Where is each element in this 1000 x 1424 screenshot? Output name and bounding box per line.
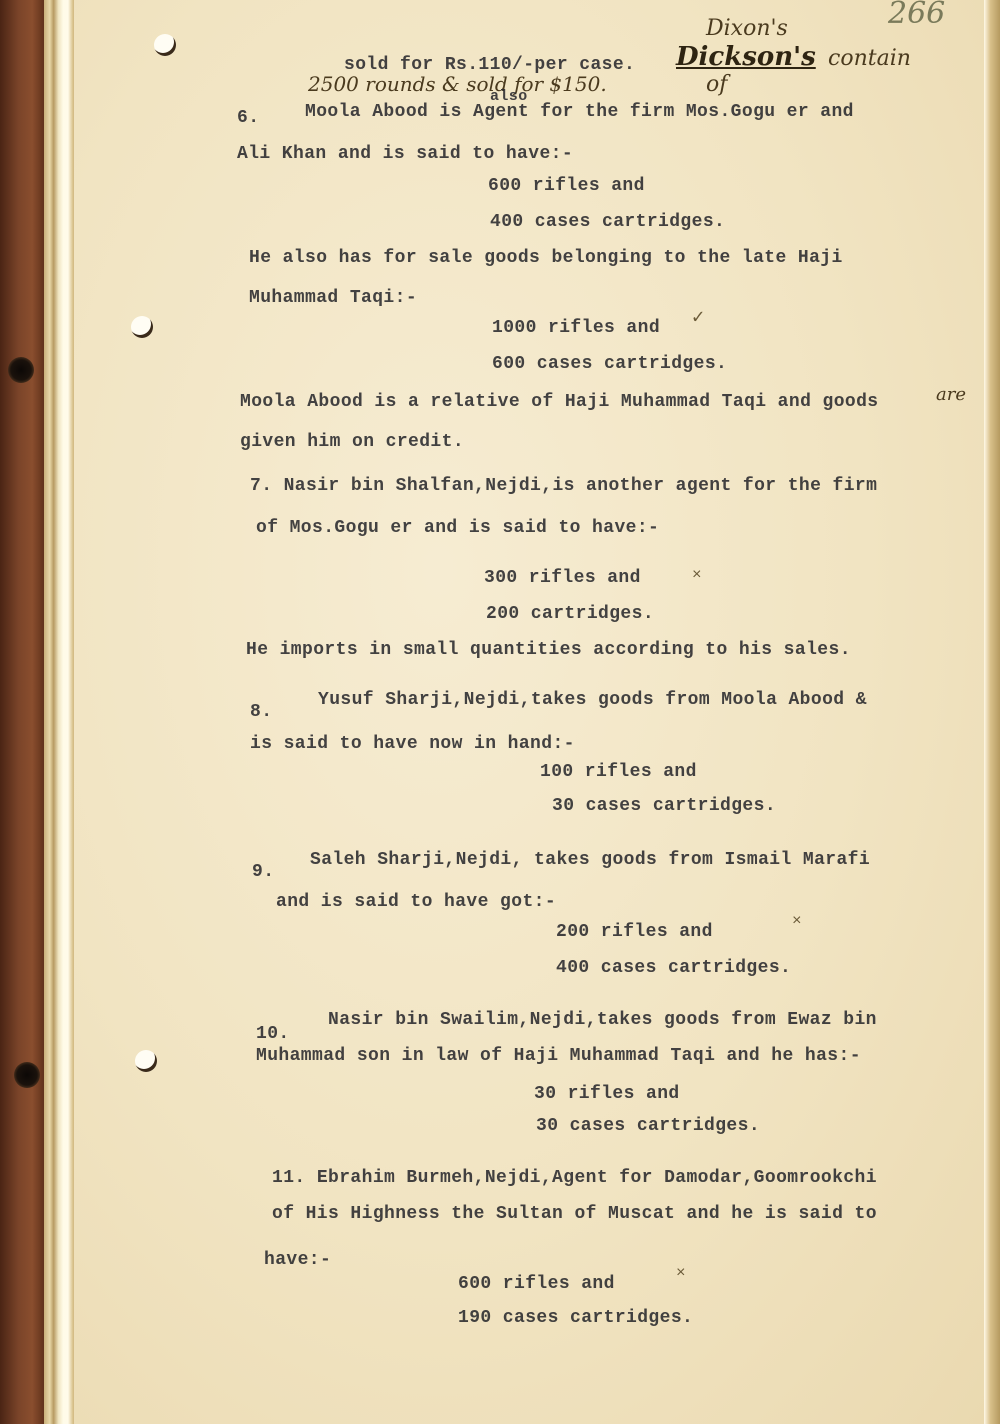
x-mark-icon: × — [792, 912, 802, 930]
entry-7-holding-2: 200 cartridges. — [486, 604, 654, 624]
entry-6-extra-line-2: Muhammad Taqi:- — [249, 288, 417, 308]
entry-6-extra-line-1: He also has for sale goods belonging to … — [249, 248, 843, 268]
entry-10-line-1: Nasir bin Swailim,Nejdi,takes goods from… — [328, 1010, 877, 1030]
entry-8-line-1: Yusuf Sharji,Nejdi,takes goods from Mool… — [318, 690, 867, 710]
entry-7-number: 7. — [250, 476, 272, 496]
entry-9-number: 9. — [252, 862, 274, 882]
entry-6-line-2: Ali Khan and is said to have:- — [237, 144, 573, 164]
entry-6-note-line-1: Moola Abood is a relative of Haji Muhamm… — [240, 392, 879, 412]
entry-9-holding-1: 200 rifles and — [556, 922, 713, 942]
entry-7-note: He imports in small quantities according… — [246, 640, 851, 660]
entry-11-holding-1: 600 rifles and — [458, 1274, 615, 1294]
entry-6-number: 6. — [237, 108, 259, 128]
entry-7-text: Nasir bin Shalfan,Nejdi,is another agent… — [284, 476, 878, 496]
entry-11-line-1: 11. Ebrahim Burmeh,Nejdi,Agent for Damod… — [272, 1168, 877, 1188]
handwritten-correction: Dixon's — [706, 16, 788, 41]
entry-11-line-2: of His Highness the Sultan of Muscat and… — [272, 1204, 877, 1224]
entry-10-number: 10. — [256, 1024, 290, 1044]
entry-11-line-3: have:- — [264, 1250, 331, 1270]
entry-8-number: 8. — [250, 702, 272, 722]
entry-6-holding-1: 600 rifles and — [488, 176, 645, 196]
entry-6-extra-holding-2: 600 cases cartridges. — [492, 354, 727, 374]
binder-spine — [0, 0, 46, 1424]
punch-hole-icon — [131, 316, 153, 338]
entry-10-line-2: Muhammad son in law of Haji Muhammad Taq… — [256, 1046, 861, 1066]
entry-6-line-1: Moola Abood is Agent for the firm Mos.Go… — [305, 102, 854, 122]
binder-rivet-icon — [8, 357, 34, 383]
entry-7-line-1: 7. Nasir bin Shalfan,Nejdi,is another ag… — [250, 476, 877, 496]
handwritten-line-2: 2500 rounds & sold for $150. — [308, 72, 607, 96]
entry-9-line-2: and is said to have got:- — [276, 892, 556, 912]
handwritten-are: are — [936, 384, 966, 405]
entry-7-line-2: of Mos.Gogu er and is said to have:- — [256, 518, 659, 538]
entry-9-holding-2: 400 cases cartridges. — [556, 958, 791, 978]
x-mark-icon: × — [676, 1264, 686, 1282]
entry-8-holding-1: 100 rifles and — [540, 762, 697, 782]
entry-11-text: Ebrahim Burmeh,Nejdi,Agent for Damodar,G… — [317, 1168, 877, 1188]
page-right-edge — [984, 0, 1000, 1424]
page-number-handwritten: 266 — [888, 0, 945, 31]
checkmark-icon: ✓ — [692, 304, 704, 330]
punch-hole-icon — [135, 1050, 157, 1072]
x-mark-icon: × — [692, 566, 702, 584]
entry-9-line-1: Saleh Sharji,Nejdi, takes goods from Ism… — [310, 850, 870, 870]
entry-6-note-line-2: given him on credit. — [240, 432, 464, 452]
entry-6-extra-holding-1: 1000 rifles and — [492, 318, 660, 338]
entry-11-number: 11. — [272, 1168, 306, 1188]
entry-8-line-2: is said to have now in hand:- — [250, 734, 575, 754]
entry-8-holding-2: 30 cases cartridges. — [552, 796, 776, 816]
entry-6-holding-2: 400 cases cartridges. — [490, 212, 725, 232]
handwritten-struck-word: Dickson's — [676, 42, 816, 72]
insert-above-of: of — [706, 72, 727, 97]
entry-10-holding-2: 30 cases cartridges. — [536, 1116, 760, 1136]
entry-10-holding-1: 30 rifles and — [534, 1084, 680, 1104]
entry-7-holding-1: 300 rifles and — [484, 568, 641, 588]
handwritten-continuation: contain — [828, 46, 911, 71]
binder-rivet-icon — [14, 1062, 40, 1088]
entry-11-holding-2: 190 cases cartridges. — [458, 1308, 693, 1328]
page-stack-edges — [44, 0, 76, 1424]
punch-hole-icon — [154, 34, 176, 56]
